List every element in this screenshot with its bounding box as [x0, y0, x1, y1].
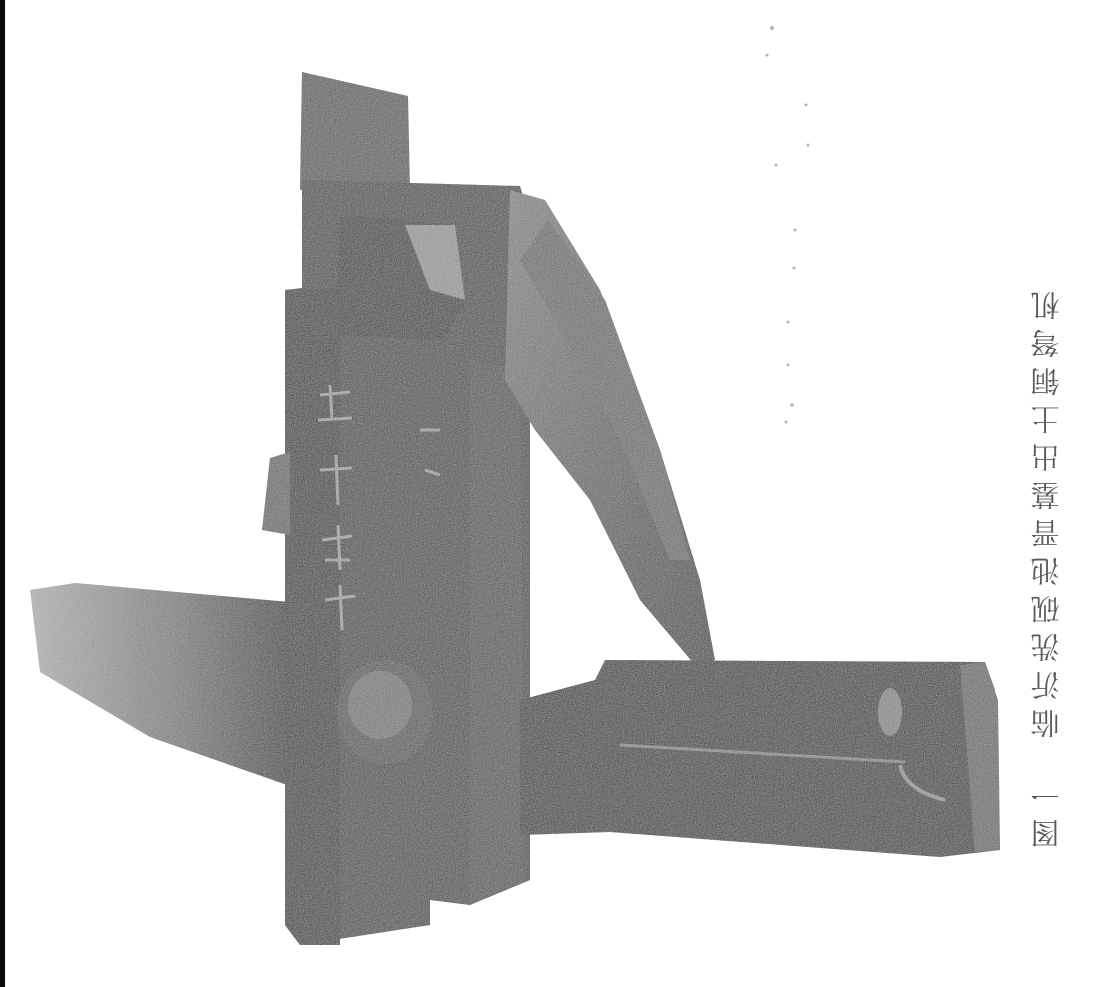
upper-block: [300, 72, 410, 190]
crossbow-trigger-photo: [0, 0, 1094, 987]
figure-caption: 图一 临沂洗砚池晋墓出土铜弩机: [1022, 268, 1070, 848]
trigger-lever-left: [30, 583, 290, 786]
square-nut-block: [335, 215, 465, 340]
figure-title: 临沂洗砚池晋墓出土铜弩机: [1026, 282, 1067, 738]
lower-right-bar: [520, 660, 1000, 857]
figure-number: 图一: [1026, 772, 1067, 848]
scan-speckles: [740, 0, 820, 480]
side-tab: [262, 452, 290, 535]
curved-prong: [505, 190, 715, 665]
pin-boss: [337, 660, 433, 764]
